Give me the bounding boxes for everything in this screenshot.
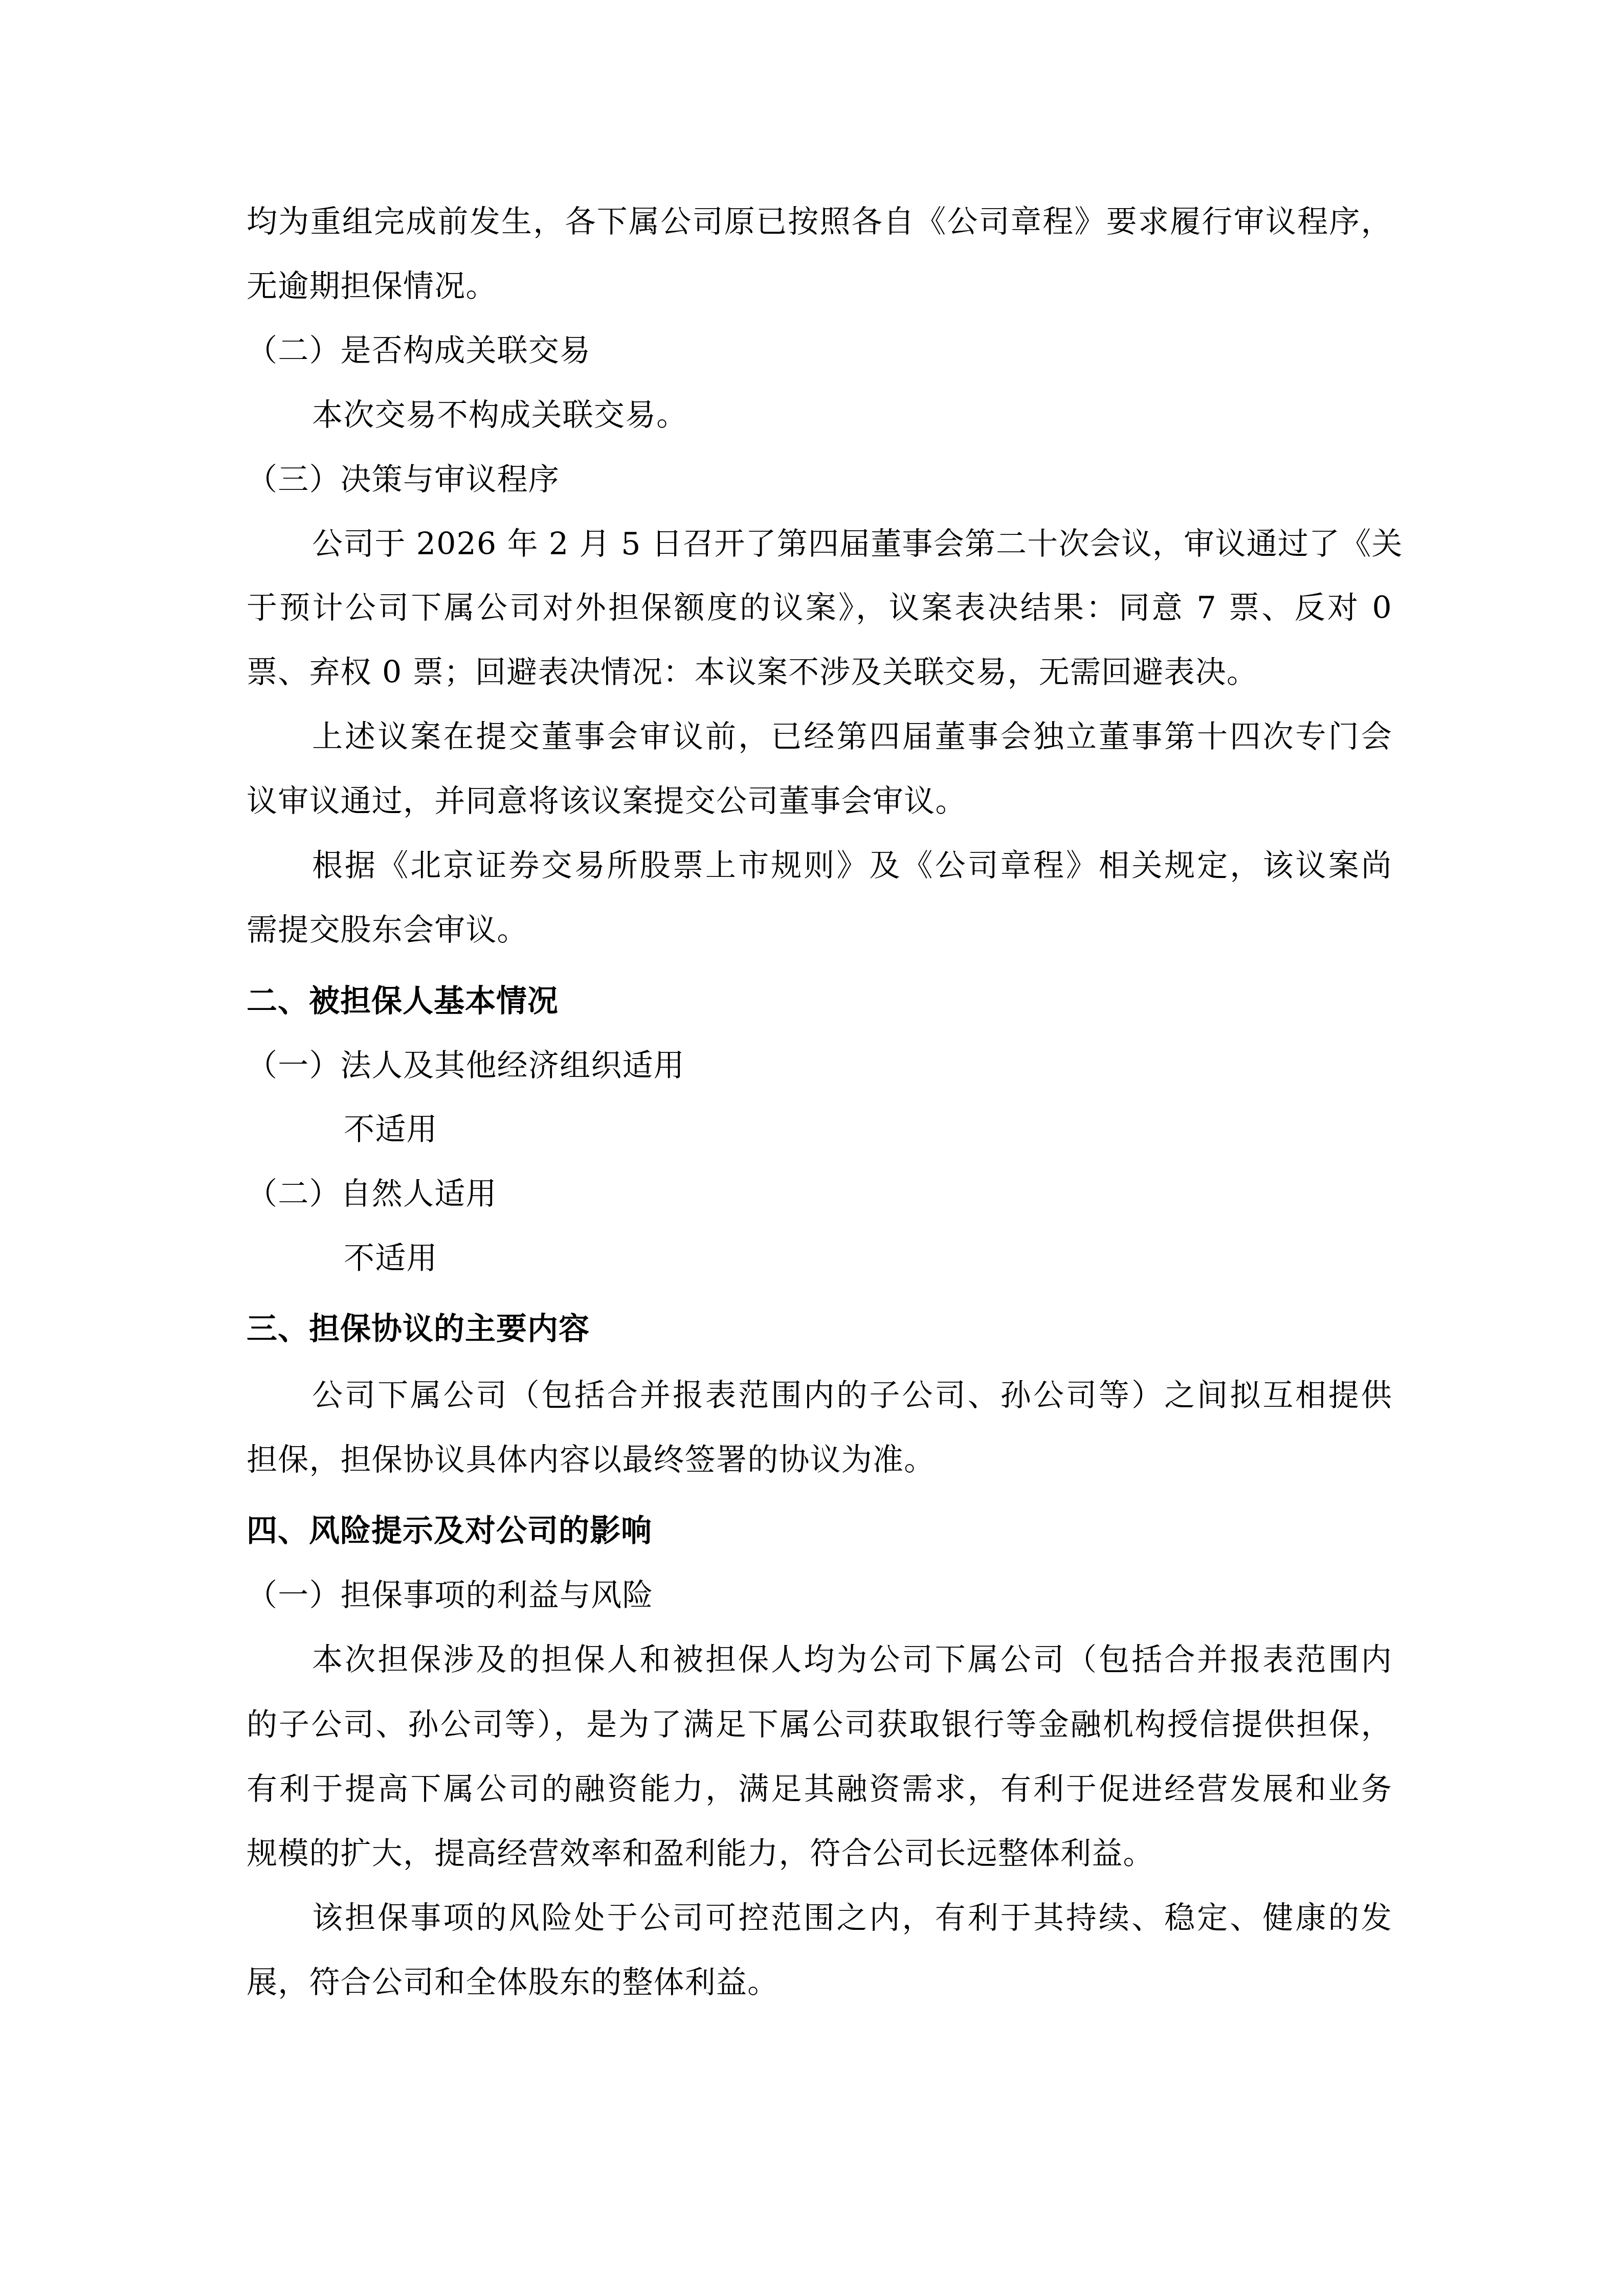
not-applicable-text: 不适用: [344, 1240, 1489, 1277]
paragraph-line: 公司下属公司（包括合并报表范围内的子公司、孙公司等）之间拟互相提供: [312, 1377, 1392, 1414]
subsection-heading-benefit-risk: （一）担保事项的利益与风险: [247, 1577, 1392, 1614]
paragraph-line: 公司于 2026 年 2 月 5 日召开了第四届董事会第二十次会议，审议通过了《…: [312, 526, 1392, 562]
paragraph-line: 议审议通过，并同意将该议案提交公司董事会审议。: [247, 783, 1392, 820]
paragraph-line: 规模的扩大，提高经营效率和盈利能力，符合公司长远整体利益。: [247, 1835, 1392, 1872]
paragraph-line: 展，符合公司和全体股东的整体利益。: [247, 1964, 1392, 2001]
section-heading-guaranteed-party: 二、被担保人基本情况: [247, 983, 1392, 1020]
paragraph-line: 需提交股东会审议。: [247, 912, 1392, 949]
subsection-heading-decision-procedure: （三）决策与审议程序: [247, 461, 1392, 498]
subsection-heading-related-transaction: （二）是否构成关联交易: [247, 332, 1392, 369]
paragraph-line: 的子公司、孙公司等），是为了满足下属公司获取银行等金融机构授信提供担保，: [247, 1706, 1392, 1743]
paragraph-line: 根据《北京证券交易所股票上市规则》及《公司章程》相关规定，该议案尚: [312, 847, 1392, 884]
section-heading-risk-impact: 四、风险提示及对公司的影响: [247, 1513, 1392, 1549]
subsection-heading-legal-entity: （一）法人及其他经济组织适用: [247, 1047, 1392, 1084]
paragraph-line: 上述议案在提交董事会审议前，已经第四届董事会独立董事第十四次专门会: [312, 718, 1392, 755]
paragraph-line: 本次担保涉及的担保人和被担保人均为公司下属公司（包括合并报表范围内: [312, 1641, 1392, 1678]
paragraph-line: 均为重组完成前发生，各下属公司原已按照各自《公司章程》要求履行审议程序，: [247, 204, 1392, 240]
paragraph-line: 有利于提高下属公司的融资能力，满足其融资需求，有利于促进经营发展和业务: [247, 1771, 1392, 1808]
section-heading-agreement-content: 三、担保协议的主要内容: [247, 1311, 1392, 1347]
paragraph-line: 本次交易不构成关联交易。: [312, 397, 1392, 434]
paragraph-line: 于预计公司下属公司对外担保额度的议案》，议案表决结果：同意 7 票、反对 0: [247, 590, 1392, 626]
subsection-heading-natural-person: （二）自然人适用: [247, 1176, 1392, 1212]
paragraph-line: 担保，担保协议具体内容以最终签署的协议为准。: [247, 1442, 1392, 1478]
paragraph-line: 该担保事项的风险处于公司可控范围之内，有利于其持续、稳定、健康的发: [312, 1900, 1392, 1937]
paragraph-line: 票、弃权 0 票；回避表决情况：本议案不涉及关联交易，无需回避表决。: [247, 654, 1392, 691]
document-page: 均为重组完成前发生，各下属公司原已按照各自《公司章程》要求履行审议程序， 无逾期…: [0, 0, 1624, 2296]
paragraph-line: 无逾期担保情况。: [247, 268, 1392, 305]
not-applicable-text: 不适用: [344, 1111, 1489, 1148]
